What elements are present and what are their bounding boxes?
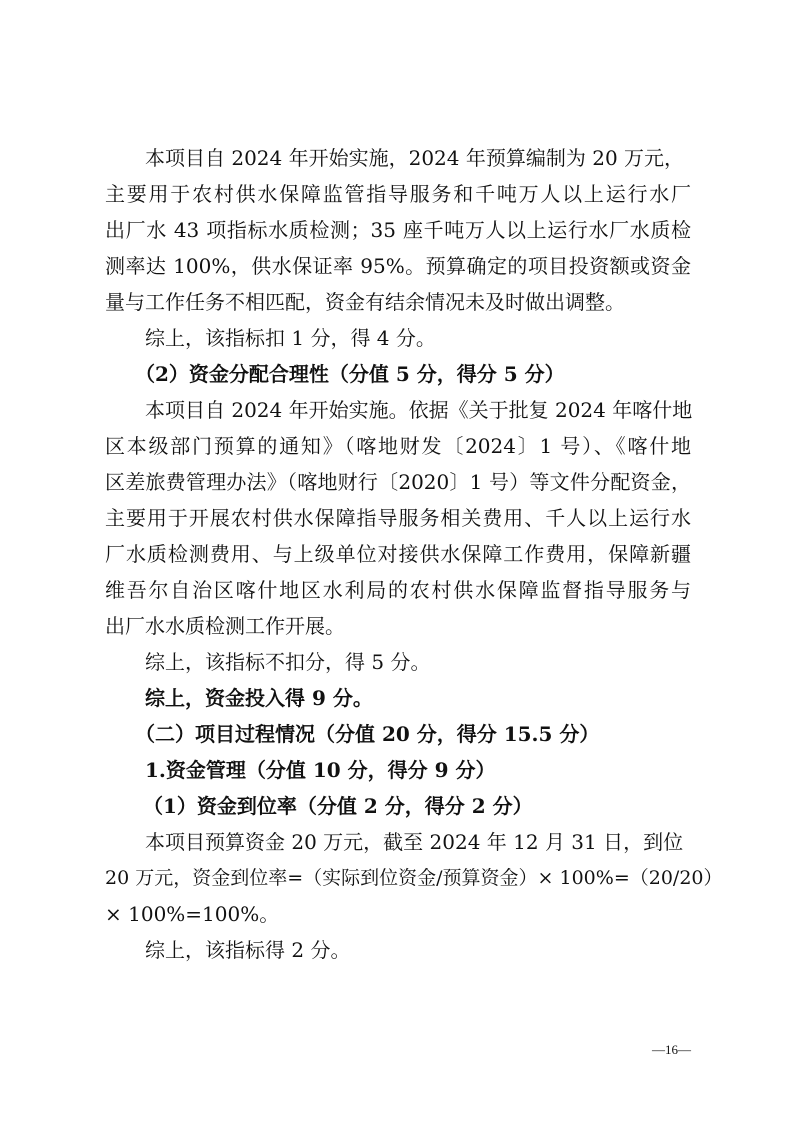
page-number: —16— (652, 1042, 691, 1058)
paragraph-1-line-3: 出厂水 43 项指标水质检测；35 座千吨万人以上运行水厂水质检 (105, 212, 691, 248)
paragraph-1-line-2: 主要用于农村供水保障监管指导服务和千吨万人以上运行水厂 (105, 176, 691, 212)
heading-fund-management: 1.资金管理（分值 10 分，得分 9 分） (105, 752, 691, 788)
paragraph-3-line-2: 20 万元，资金到位率=（实际到位资金/预算资金）× 100%=（20/20） (105, 860, 691, 896)
paragraph-1-line-1: 本项目自 2024 年开始实施，2024 年预算编制为 20 万元， (105, 140, 691, 176)
heading-fund-arrival-rate: （1）资金到位率（分值 2 分，得分 2 分） (105, 788, 689, 824)
conclusion-deduct-1: 综上，该指标扣 1 分，得 4 分。 (105, 320, 691, 356)
paragraph-2-line-5: 厂水质检测费用、与上级单位对接供水保障工作费用，保障新疆 (105, 536, 691, 572)
conclusion-no-deduct: 综上，该指标不扣分，得 5 分。 (105, 644, 691, 680)
summary-fund-input: 综上，资金投入得 9 分。 (105, 680, 691, 716)
paragraph-3-line-3: × 100%=100%。 (105, 896, 691, 932)
paragraph-1-line-4: 测率达 100%，供水保证率 95%。预算确定的项目投资额或资金 (105, 248, 691, 284)
paragraph-2-line-4: 主要用于开展农村供水保障指导服务相关费用、千人以上运行水 (105, 500, 691, 536)
paragraph-2-line-6: 维吾尔自治区喀什地区水利局的农村供水保障监督指导服务与 (105, 572, 691, 608)
paragraph-2-line-2: 区本级部门预算的通知》（喀地财发〔2024〕1 号）、《喀什地 (105, 428, 691, 464)
paragraph-2-line-3: 区差旅费管理办法》（喀地财行〔2020〕1 号）等文件分配资金， (105, 464, 691, 500)
paragraph-2-line-7: 出厂水水质检测工作开展。 (105, 608, 691, 644)
paragraph-1-line-5: 量与工作任务不相匹配，资金有结余情况未及时做出调整。 (105, 284, 691, 320)
heading-fund-allocation: （2）资金分配合理性（分值 5 分，得分 5 分） (105, 356, 681, 392)
paragraph-3-line-1: 本项目预算资金 20 万元，截至 2024 年 12 月 31 日，到位 (105, 824, 691, 860)
conclusion-score-2: 综上，该指标得 2 分。 (105, 932, 691, 968)
heading-project-process: （二）项目过程情况（分值 20 分，得分 15.5 分） (105, 716, 681, 752)
paragraph-2-line-1: 本项目自 2024 年开始实施。依据《关于批复 2024 年喀什地 (105, 392, 691, 428)
